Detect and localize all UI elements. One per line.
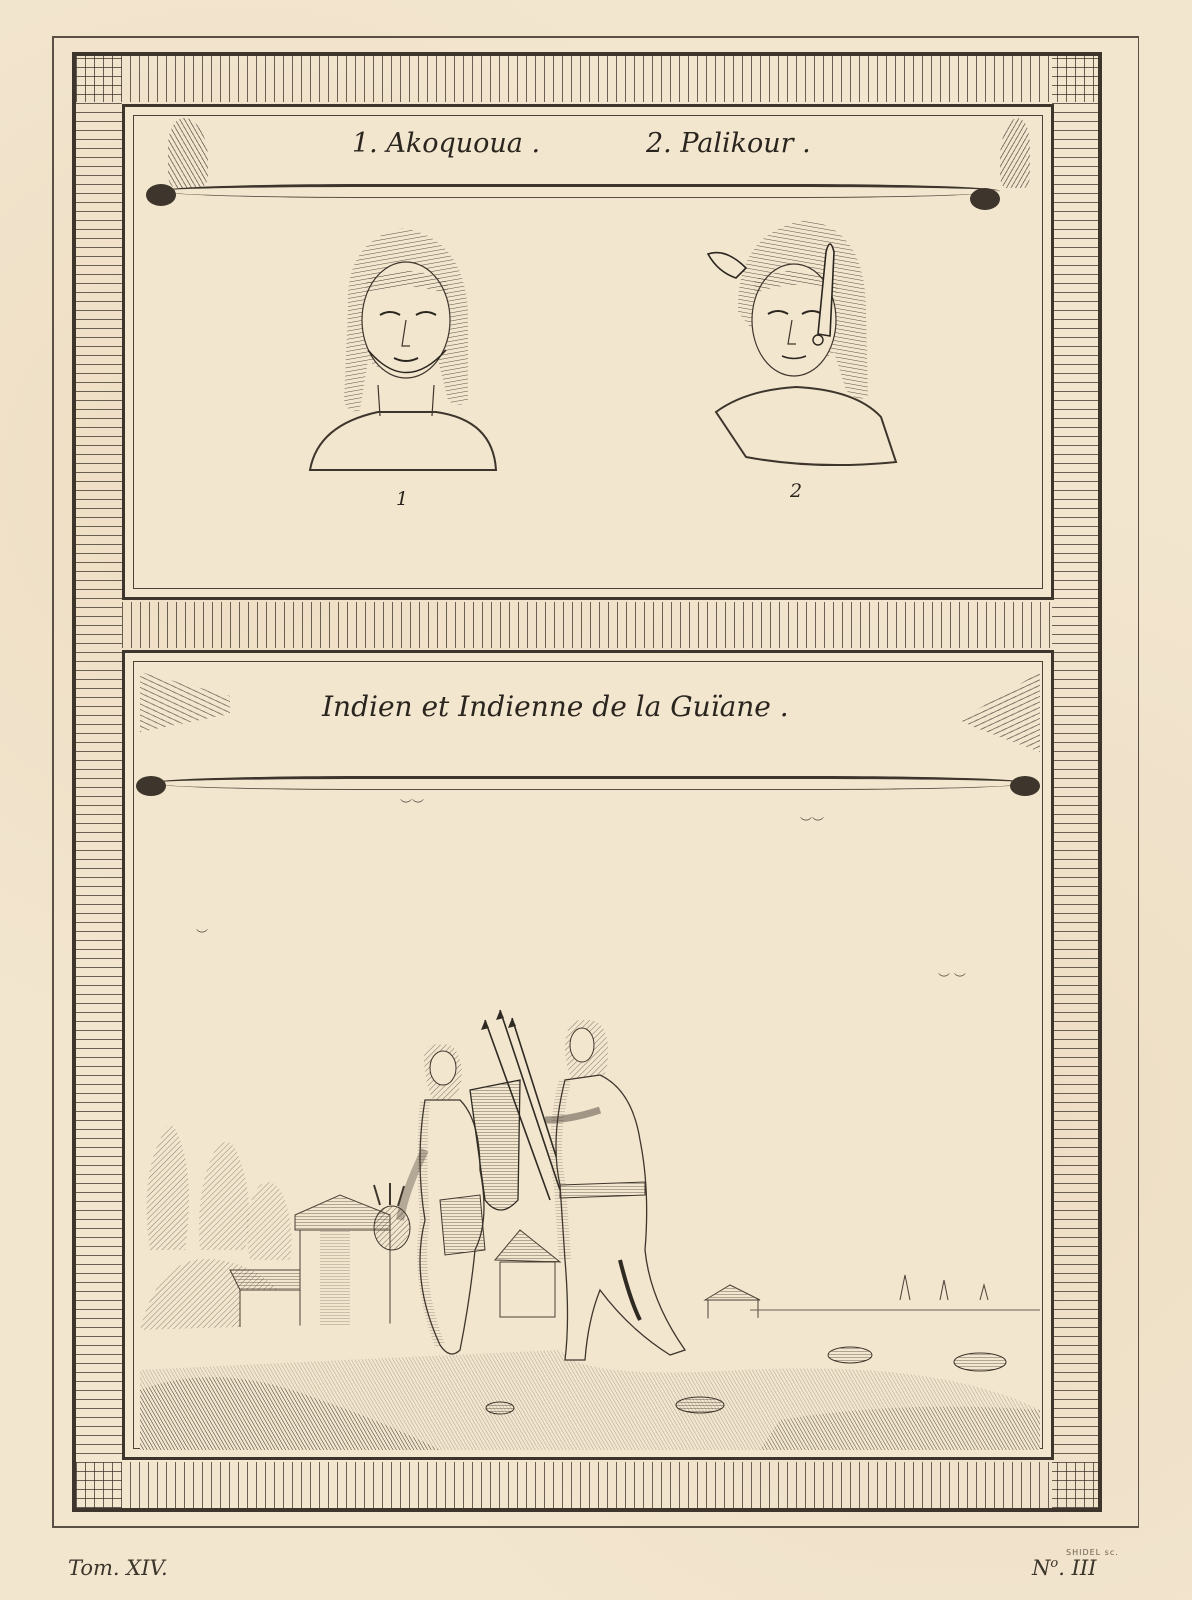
- tome-label: Tom. XIV.: [68, 1556, 168, 1580]
- plate-number-prefix: N: [1032, 1556, 1050, 1580]
- frame-hatch-middle: [122, 602, 1052, 648]
- top-panel: [122, 104, 1054, 600]
- bottom-scroll-right-end: [1010, 776, 1040, 796]
- man-figure: [545, 1020, 685, 1360]
- bust-engraving-icon: [706, 212, 906, 472]
- caption-palikour: 2. Palikour .: [646, 128, 811, 159]
- bird-icon: ︶: [196, 926, 208, 943]
- portrait-palikour: [706, 212, 906, 472]
- bird-icon: ︶︶: [400, 796, 424, 813]
- figure-label-2: 2: [790, 480, 802, 502]
- top-scroll-banner: [160, 184, 1000, 198]
- frame-hatch-top: [76, 56, 1098, 102]
- top-scroll-left-end: [146, 184, 176, 206]
- frame-hatch-right: [1052, 56, 1098, 1508]
- plate-number-dot: .: [1058, 1556, 1071, 1580]
- bird-icon: ︶ ︶: [938, 970, 966, 987]
- figure-label-1: 1: [396, 488, 408, 510]
- frame-hatch-left: [76, 56, 122, 1508]
- bird-icon: ︶︶: [800, 814, 824, 831]
- plate-number-value: III: [1072, 1556, 1097, 1580]
- portrait-akoquoua: [308, 220, 498, 480]
- caption-indien-et-indienne: Indien et Indienne de la Guïane .: [322, 690, 789, 723]
- landscape-scene: [140, 1000, 1040, 1450]
- top-scroll-right-end: [970, 188, 1000, 210]
- frame-hatch-bottom: [76, 1462, 1098, 1508]
- engraved-landscape-icon: [140, 1000, 1040, 1450]
- engraver-mark: SHIDEL sc.: [1066, 1548, 1119, 1557]
- bottom-scroll-banner: [150, 776, 1030, 790]
- bust-engraving-icon: [308, 220, 498, 480]
- plate-number: No. III: [1032, 1556, 1096, 1580]
- caption-akoquoua: 1. Akoquoua .: [352, 128, 540, 159]
- bottom-scroll-left-end: [136, 776, 166, 796]
